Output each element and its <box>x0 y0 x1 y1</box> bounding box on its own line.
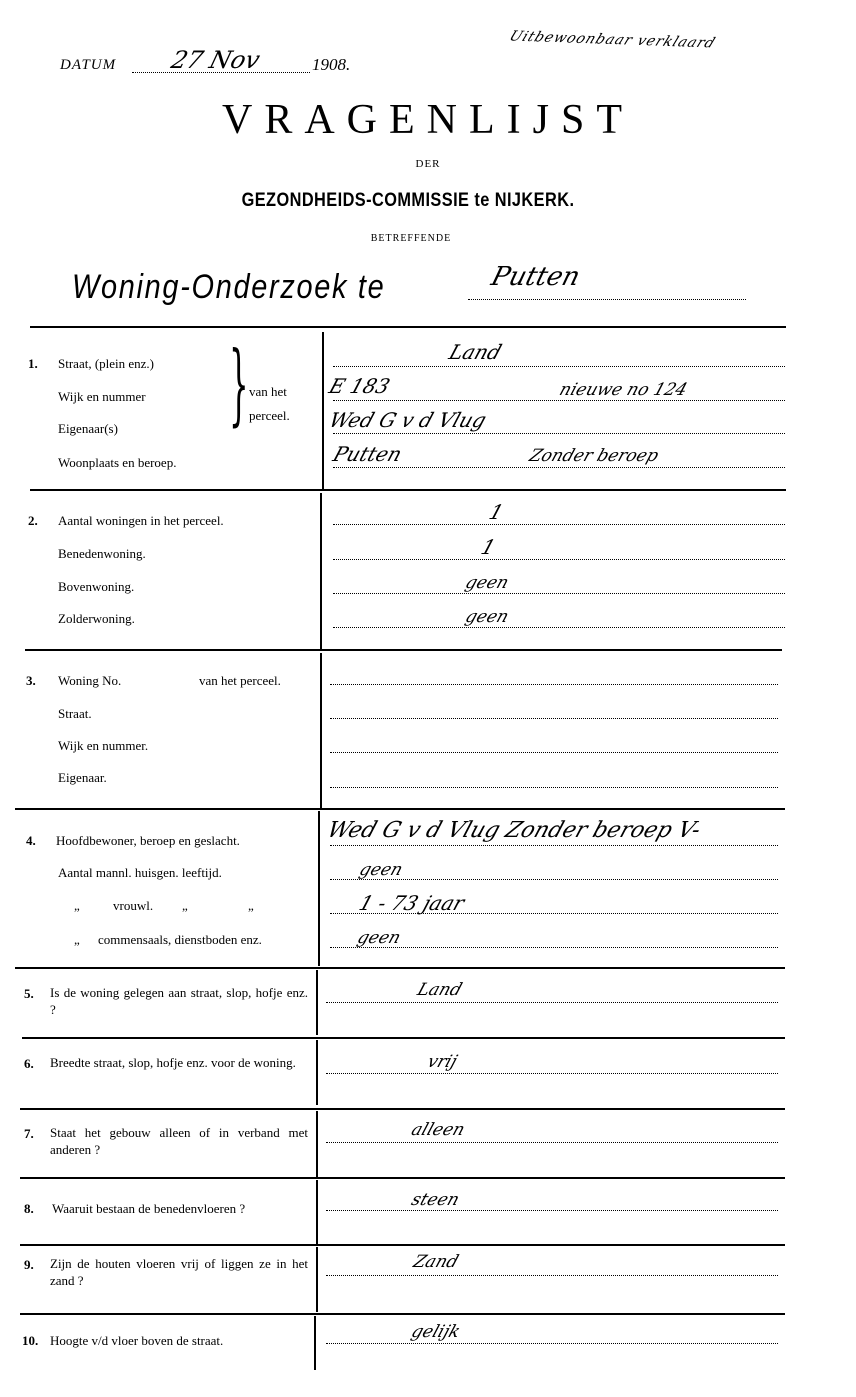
brace-label: perceel. <box>249 408 290 424</box>
answer-handwritten: geen <box>463 607 511 627</box>
section-rule <box>20 1244 785 1246</box>
section-rule <box>20 1108 785 1110</box>
field-label: Zijn de houten vloeren vrij of liggen ze… <box>50 1255 308 1289</box>
field-label: Aantal mannl. huisgen. leeftijd. <box>58 865 222 881</box>
field-label: Straat, (plein enz.) <box>58 356 154 372</box>
section-number: 4. <box>26 833 36 849</box>
ditto-mark: „ <box>248 898 254 914</box>
answer-line <box>326 1343 778 1344</box>
onderzoek-place-handwritten: Putten <box>488 262 583 292</box>
section-number: 7. <box>24 1126 34 1142</box>
subtitle-der: DER <box>0 158 856 170</box>
answer-line <box>326 1210 778 1211</box>
answer-handwritten: 1 - 73 jaar <box>356 891 467 915</box>
field-label: commensaals, dienstboden enz. <box>98 932 262 948</box>
section-number: 8. <box>24 1201 34 1217</box>
field-label-suffix: van het perceel. <box>199 673 281 689</box>
field-label: Waaruit bestaan de benedenvloeren ? <box>52 1201 245 1217</box>
field-label: Woning No. <box>58 673 121 689</box>
answer-handwritten: Zand <box>411 1252 461 1272</box>
answer-line[interactable] <box>330 718 778 719</box>
answer-handwritten: Zonder beroep <box>527 446 661 466</box>
datum-label: DATUM <box>60 57 116 74</box>
field-label: Woonplaats en beroep. <box>58 455 176 471</box>
answer-handwritten: nieuwe no 124 <box>557 380 690 400</box>
section-number: 6. <box>24 1056 34 1072</box>
ditto-mark: „ <box>182 898 188 914</box>
column-divider <box>316 1180 318 1245</box>
field-label: Hoogte v/d vloer boven de straat. <box>50 1333 223 1349</box>
datum-handwritten-value: 27 Nov <box>168 46 263 74</box>
section-number: 5. <box>24 986 34 1002</box>
answer-handwritten: geen <box>357 860 405 880</box>
section-rule <box>22 1037 785 1039</box>
field-label: Staat het gebouw alleen of in verband me… <box>50 1124 308 1158</box>
section-rule <box>20 1313 785 1315</box>
answer-line <box>333 467 785 468</box>
column-divider <box>318 811 320 966</box>
answer-line <box>326 1275 778 1276</box>
answer-handwritten: vrij <box>425 1052 460 1072</box>
section-rule <box>15 808 785 810</box>
answer-handwritten: alleen <box>409 1120 468 1140</box>
column-divider <box>322 332 324 490</box>
field-label: Eigenaar(s) <box>58 421 118 437</box>
ditto-mark: „ <box>74 932 80 948</box>
answer-handwritten: E 183 <box>326 374 393 398</box>
answer-line <box>333 593 785 594</box>
column-divider <box>316 1111 318 1178</box>
document-title: VRAGENLIJST <box>0 96 856 144</box>
answer-handwritten: geen <box>355 928 403 948</box>
subtitle-betreffende: BETREFFENDE <box>0 233 822 244</box>
margin-note-handwritten: Uitbewoonbaar verklaard <box>507 29 718 52</box>
column-divider <box>320 653 322 808</box>
answer-line <box>326 1073 778 1074</box>
answer-handwritten: Land <box>415 980 465 1000</box>
column-divider <box>316 1247 318 1312</box>
column-divider <box>320 493 322 650</box>
table-top-rule <box>30 326 786 328</box>
brace-label: van het <box>249 384 287 400</box>
section-number: 2. <box>28 513 38 529</box>
answer-handwritten: Wed G v d Vlug <box>326 408 489 432</box>
field-label: Zolderwoning. <box>58 611 135 627</box>
answer-line <box>333 559 785 560</box>
section-number: 9. <box>24 1257 34 1273</box>
field-label: Benedenwoning. <box>58 546 146 562</box>
answer-line <box>333 627 785 628</box>
answer-line <box>333 400 785 401</box>
onderzoek-heading: Woning-Onderzoek te <box>72 268 385 307</box>
section-rule <box>25 649 782 651</box>
answer-line[interactable] <box>330 787 778 788</box>
answer-line <box>330 845 778 846</box>
field-label: Aantal woningen in het perceel. <box>58 513 224 529</box>
answer-handwritten: Wed G v d Vlug Zonder beroep V- <box>324 818 704 843</box>
answer-line <box>330 947 778 948</box>
answer-handwritten: 1 <box>486 500 507 524</box>
onderzoek-place-line <box>468 299 746 300</box>
answer-line[interactable] <box>330 684 778 685</box>
field-label: Wijk en nummer <box>58 389 146 405</box>
answer-line <box>333 366 785 367</box>
answer-line <box>326 1142 778 1143</box>
field-label: Wijk en nummer. <box>58 738 148 754</box>
answer-handwritten: geen <box>463 573 511 593</box>
field-label: Is de woning gelegen aan straat, slop, h… <box>50 984 308 1018</box>
commission-name: GEZONDHEIDS-COMMISSIE te NIJKERK. <box>57 190 759 212</box>
field-label: Straat. <box>58 706 92 722</box>
answer-handwritten: Land <box>446 340 505 364</box>
column-divider <box>316 970 318 1035</box>
section-number: 1. <box>28 356 38 372</box>
answer-line <box>333 433 785 434</box>
field-label: vrouwl. <box>113 898 153 914</box>
answer-handwritten: 1 <box>478 535 499 559</box>
answer-line <box>333 524 785 525</box>
section-number: 10. <box>22 1333 38 1349</box>
field-label: Hoofdbewoner, beroep en geslacht. <box>56 833 240 849</box>
ditto-mark: „ <box>74 898 80 914</box>
answer-handwritten: gelijk <box>409 1322 463 1342</box>
section-rule <box>15 967 785 969</box>
field-label: Bovenwoning. <box>58 579 134 595</box>
answer-line[interactable] <box>330 752 778 753</box>
answer-handwritten: Putten <box>330 442 405 466</box>
answer-handwritten: steen <box>409 1190 462 1210</box>
datum-year: 1908. <box>312 55 350 75</box>
brace-symbol: } <box>229 340 249 428</box>
section-number: 3. <box>26 673 36 689</box>
column-divider <box>316 1040 318 1105</box>
section-rule <box>20 1177 785 1179</box>
field-label: Breedte straat, slop, hofje enz. voor de… <box>50 1054 308 1071</box>
column-divider <box>314 1316 316 1370</box>
field-label: Eigenaar. <box>58 770 107 786</box>
answer-line <box>326 1002 778 1003</box>
section-rule <box>30 489 786 491</box>
